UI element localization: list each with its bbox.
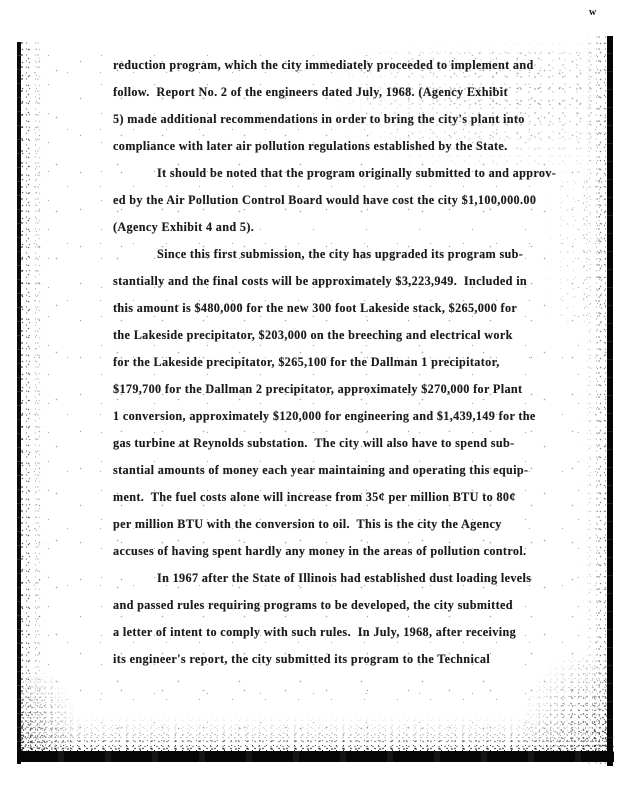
text-line: 1 conversion, approximately $120,000 for…	[113, 403, 605, 430]
scan-edge-right	[607, 36, 613, 766]
text-line: compliance with later air pollution regu…	[113, 133, 605, 160]
text-line: this amount is $480,000 for the new 300 …	[113, 295, 605, 322]
text-line: In 1967 after the State of Illinois had …	[113, 565, 605, 592]
text-line: a letter of intent to comply with such r…	[113, 619, 605, 646]
scan-noise-bottom-band	[17, 714, 614, 756]
text-line: accuses of having spent hardly any money…	[113, 538, 605, 565]
page-corner-mark: w	[589, 7, 596, 18]
text-line: ed by the Air Pollution Control Board wo…	[113, 187, 605, 214]
text-line: $179,700 for the Dallman 2 precipitator,…	[113, 376, 605, 403]
text-line: (Agency Exhibit 4 and 5).	[113, 214, 605, 241]
text-line: stantially and the final costs will be a…	[113, 268, 605, 295]
text-line: and passed rules requiring programs to b…	[113, 592, 605, 619]
text-line: the Lakeside precipitator, $203,000 on t…	[113, 322, 605, 349]
text-line: for the Lakeside precipitator, $265,100 …	[113, 349, 605, 376]
text-line: ment. The fuel costs alone will increase…	[113, 484, 605, 511]
text-line: its engineer's report, the city submitte…	[113, 646, 605, 673]
text-line: Since this first submission, the city ha…	[113, 241, 605, 268]
scan-noise-bottom-left	[18, 676, 73, 756]
document-text: reduction program, which the city immedi…	[113, 52, 605, 673]
text-line: 5) made additional recommendations in or…	[113, 106, 605, 133]
text-line: per million BTU with the conversion to o…	[113, 511, 605, 538]
text-line: follow. Report No. 2 of the engineers da…	[113, 79, 605, 106]
text-line: gas turbine at Reynolds substation. The …	[113, 430, 605, 457]
scan-noise-left-edge	[21, 42, 45, 762]
scan-edge-bottom	[17, 751, 614, 762]
text-line: stantial amounts of money each year main…	[113, 457, 605, 484]
scan-edge-left	[17, 42, 21, 764]
text-line: reduction program, which the city immedi…	[113, 52, 605, 79]
text-line: It should be noted that the program orig…	[113, 160, 605, 187]
scanned-document-page: w reduction program, which the city imme…	[0, 0, 628, 800]
